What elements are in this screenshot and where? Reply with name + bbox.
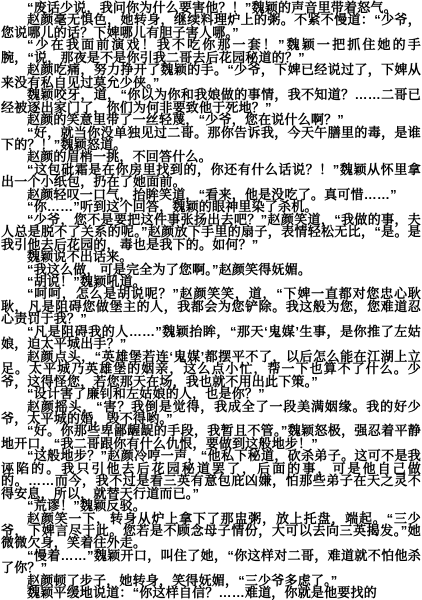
paragraph: “呵呵，怎么是胡说呢？”赵颜笑笑，道，“下婢一直都对您忠心耿耿，凡是阻碍您做堡主…: [1, 288, 421, 325]
paragraph: 赵颜点头，“英雄堡若连‘鬼媒’都摆平不了，以后怎么能在江湖上立足。太平城乃英雄堡…: [1, 351, 421, 388]
paragraph: 赵颜笑一下，转身从炉上拿下了那盅粥，放上托盘，端起。“三少爷，下婢言尽于此。您若…: [1, 513, 421, 550]
paragraph: 赵颜毫无惧色，她转身，继续料理炉上的粥。不紧不慢道：“少爷，您说哪儿的话？下婢哪…: [1, 14, 421, 39]
paragraph: “这包砒霜是在你房里找到的，你还有什么话说？！”魏颖从怀里拿出一个小纸包，扔在了…: [1, 164, 421, 189]
novel-page: “废话少说，我问你为什么要害他？！”魏颖的声音里带着怒气。 赵颜毫无惧色，她转身…: [0, 0, 422, 600]
paragraph: 魏颖平缓地说道：“你这样自信？……难道，你就是他要找的: [1, 587, 421, 599]
paragraph: 魏颖咬牙，道，“你以为你和我娘做的事情，我不知道？……二哥已经被逐出家门了，你们…: [1, 89, 421, 114]
paragraph: “这般地步？”赵颜冷哼一声，“他私下秘道，砍杀弟子。这可不是我诬陷的。我只引他去…: [1, 450, 421, 500]
paragraph: “好。你那些卑鄙龌龊的手段，我暂且不管。”魏颖怒极，强忍着平静地开口，“我二哥跟…: [1, 425, 421, 450]
novel-text-block: “废话少说，我问你为什么要害他？！”魏颖的声音里带着怒气。 赵颜毫无惧色，她转身…: [1, 2, 421, 600]
paragraph: 赵颜摇头，“害？我倒是觉得，我成全了一段美满姻缘。我的好少爷，太平城的婚，毁不得…: [1, 401, 421, 426]
paragraph: “慢着……”魏颖开口，叫住了她，“你这样对二哥，难道就不怕他杀了你？”: [1, 550, 421, 575]
paragraph: “好，就当你没单独见过二哥。那你告诉我，今天午膳里的毒，是谁下的？！”魏颖怒道。: [1, 127, 421, 152]
paragraph: “少在我面前演戏！我不吃你那一套！”魏颖一把抓住她的手腕，“说，那夜是不是你引我…: [1, 39, 421, 64]
paragraph: 赵颜吃痛，努力挣开了魏颖的手。“少爷，下婢已经说过了，下婢从来没有私自见过莫允少…: [1, 64, 421, 89]
paragraph: “凡是阻碍我的人……”魏颖抬眸，“那天‘鬼媒’生事，是你推了左姑娘，迫太平城出手…: [1, 326, 421, 351]
paragraph: “少爷，您不是要把这件事张扬出去吧？”赵颜笑道，“我做的事，夫人总是脱不了关系的…: [1, 214, 421, 251]
